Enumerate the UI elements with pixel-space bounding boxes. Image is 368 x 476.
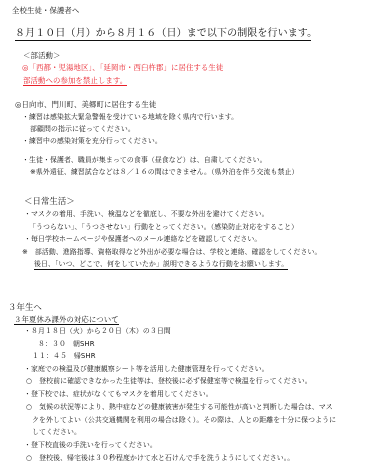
- grade3-time: ８：３０ 朝SHR: [38, 341, 95, 348]
- club-group2-heading: ◎日向市、門川町、美郷町に居住する生徒: [15, 101, 156, 108]
- grade3-item: ・登下校直後の手洗いを行ってください。: [24, 442, 157, 449]
- daily-item: ・マスクの着用、手洗い、検温などを徹底し、不要な外出を避けてください。: [24, 211, 269, 218]
- daily-note-underlined: 後日、「いつ、どこで、何をしていたか」説明できるような行動をお願いします。: [34, 261, 288, 270]
- club-item: 部顧問の指示に従ってください。: [30, 126, 135, 133]
- club-item: ・生徒・保護者、職員が集まっての食事（昼食など）は、自粛してください。: [22, 157, 267, 164]
- grade3-subitem: ○ 気候の状況等により、熱中症などの健康被害が発生する可能性が高いと判断した場合…: [26, 404, 333, 411]
- salutation: 全校生徒・保護者へ: [12, 7, 79, 14]
- daily-item: ・毎日学校ホームページや保護者へのメール連絡などを確認してください。: [24, 236, 261, 243]
- club-item: ・練習中の感染対策を充分行ってください。: [22, 138, 162, 145]
- grade3-time: １１：４５ 帰SHR: [32, 353, 96, 360]
- club-note: ※県外遠征、練習試合などは８／１６の間はできません。（県外泊を伴う交流も禁止）: [30, 169, 298, 176]
- grade3-subitem: クを外してよい（公共交通機関を利用の場合は除く）。その際は、人との距離を十分に保…: [32, 417, 336, 424]
- grade3-subitem: してください。: [32, 429, 81, 436]
- grade3-subitem: ○ 登校前に確認できなかった生徒等は、登校後に必ず保健室等で検温を行ってください…: [26, 378, 312, 385]
- grade3-subheading: ３年夏休み課外の対応について: [14, 316, 119, 325]
- grade3-heading: ３年生へ: [8, 303, 42, 311]
- headline: ８月１０日（月）から８月１６（日）まで以下の制限を行います。: [15, 29, 311, 41]
- daily-note: ※ 部活動、進路指導、資格取得など外出が必要な場合は、学校と連絡、確認をしてくだ…: [22, 249, 321, 256]
- grade3-subitem: ○ 登校後、帰宅後は３０秒程度かけて水と石けんで手を洗うようにしてください。。: [26, 455, 294, 462]
- grade3-item: ・登下校では、症状がなくてもマスクを着用してください。: [24, 391, 213, 398]
- daily-item: 「うつらない」、「うつさせない」行動をとってください。（感染防止対応をすること）: [29, 224, 298, 231]
- daily-heading: ＜日常生活＞: [24, 197, 75, 205]
- club-heading: ＜部活動＞: [23, 52, 60, 59]
- club-item: ・練習は感染拡大緊急警報を受けている地域を除く県内で行います。: [22, 114, 238, 121]
- grade3-item: ・家庭での検温及び健康観察シート等を活用した健康管理を行ってください。: [24, 366, 269, 373]
- club-restricted-area: ◎「西都・児湯地区」、「延岡市・西臼杵郡」に居住する生徒: [22, 64, 223, 71]
- club-ban-notice: 部活動への参加を禁止します。: [23, 77, 127, 86]
- grade3-item: ・８月１８日（火）から２０日（木）の３日間: [24, 328, 171, 335]
